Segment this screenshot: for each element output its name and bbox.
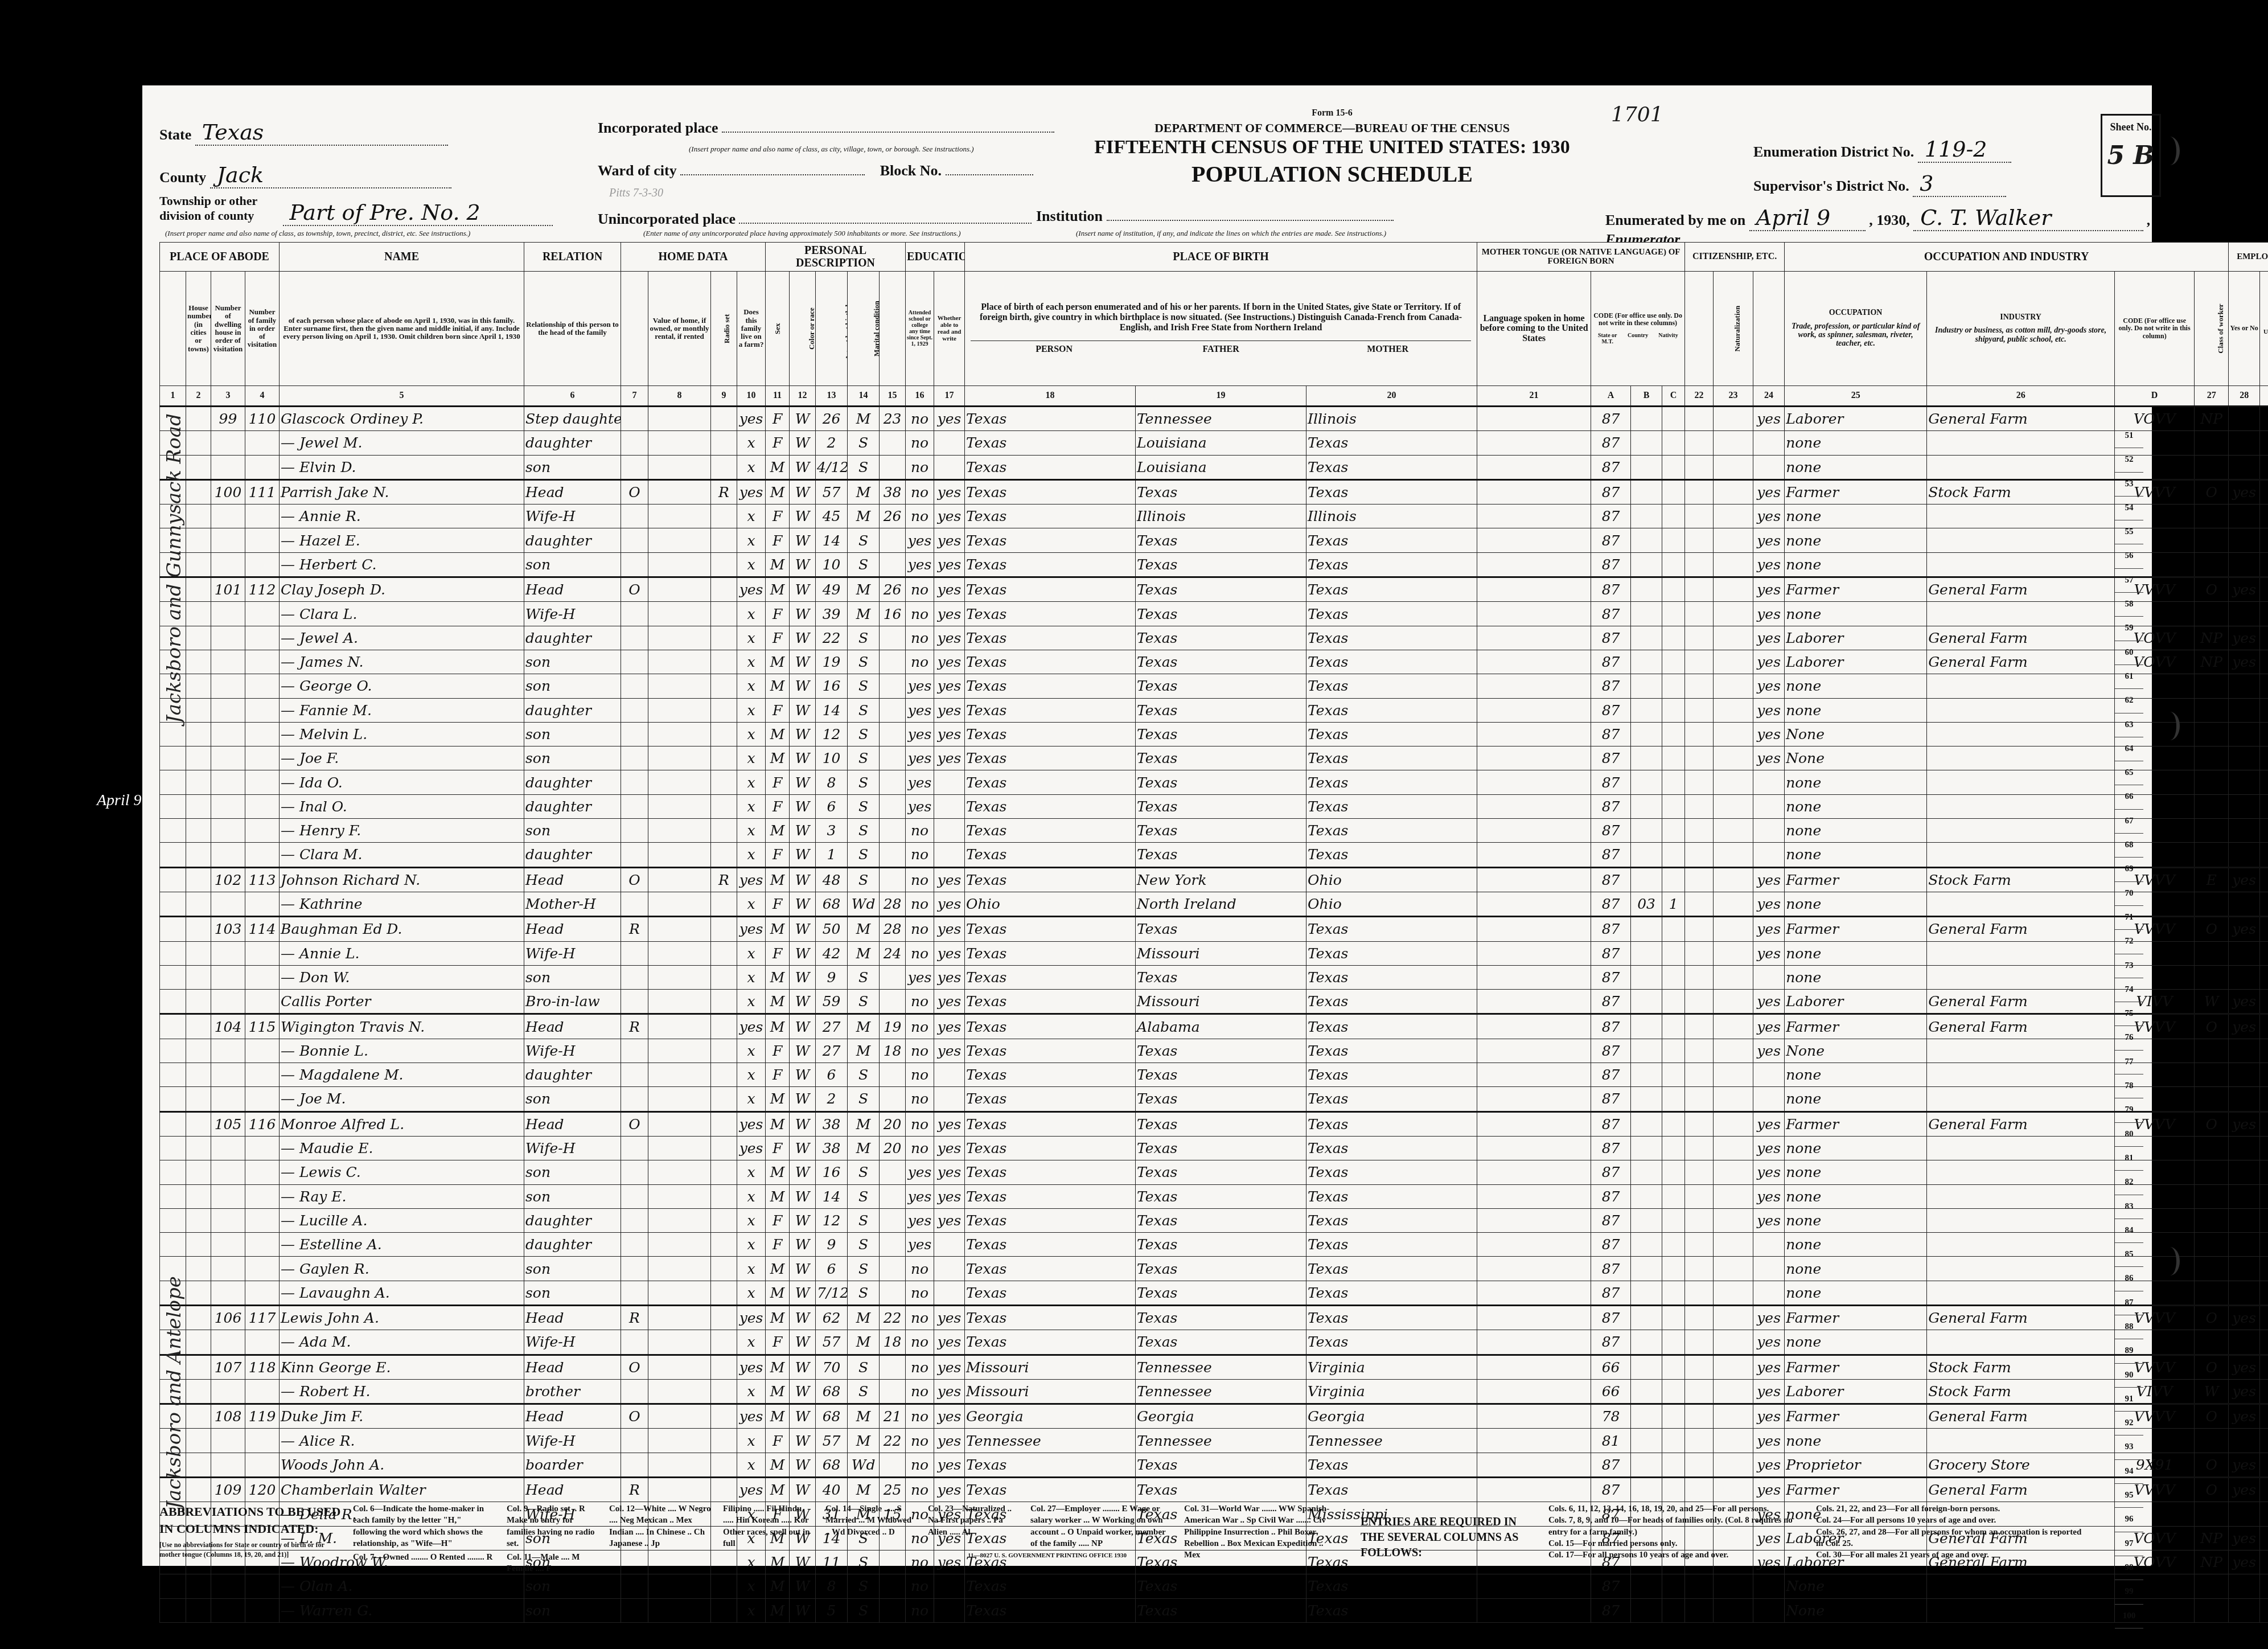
cell-sex: M	[766, 1184, 790, 1208]
cell-name: — Kathrine	[280, 892, 524, 916]
cell-radio	[711, 1136, 737, 1160]
cell-occupation: Laborer	[1785, 650, 1927, 674]
hdr-at-work: Yes or No	[2229, 272, 2260, 386]
cell-code-b	[1631, 479, 1662, 504]
cell-family	[245, 1281, 280, 1305]
cell-code-c: 1	[1662, 892, 1685, 916]
cell-race: W	[790, 1136, 816, 1160]
cell-school: no	[906, 867, 934, 892]
cell-name: — Joe M.	[280, 1087, 524, 1111]
cell-sex: M	[766, 1355, 790, 1379]
cell-code-c	[1662, 794, 1685, 818]
line-number: 84	[2115, 1219, 2143, 1243]
line-number: 61	[2115, 665, 2143, 689]
cell-english: yes	[1753, 1014, 1785, 1039]
cell-read: yes	[934, 1039, 965, 1063]
cell-cls	[2195, 843, 2229, 867]
cell-value	[648, 917, 711, 941]
line-number: 57	[2115, 569, 2143, 593]
cell-marital: M	[848, 1330, 880, 1355]
column-number: 18	[965, 386, 1136, 407]
cell-occupation: none	[1785, 1208, 1927, 1232]
ed-value: 119-2	[1918, 137, 2011, 163]
cell-natur	[1714, 626, 1753, 650]
cell-father: Alabama	[1136, 1014, 1306, 1039]
cell-agem: 22	[880, 1429, 906, 1453]
cell-natur	[1714, 1598, 1753, 1622]
cell-natur	[1714, 746, 1753, 770]
cell-code-c	[1662, 1355, 1685, 1379]
cell-name: Callis Porter	[280, 990, 524, 1014]
cell-dwelling	[211, 990, 245, 1014]
cell-owned: R	[621, 917, 648, 941]
cell-value	[648, 1039, 711, 1063]
cell-english: yes	[1753, 1429, 1785, 1453]
unincorporated-field: Unincorporated place	[598, 211, 1032, 228]
cell-unemp	[2260, 1087, 2268, 1111]
cell-dwelling: 106	[211, 1305, 245, 1330]
line-number: 89	[2115, 1339, 2143, 1363]
ed-field: Enumeration District No. 119-2	[1753, 137, 2011, 163]
cell-cls	[2195, 431, 2229, 455]
cell-age: 9	[816, 1233, 848, 1257]
cell-code-c	[1662, 1257, 1685, 1281]
cell-name: — Clara M.	[280, 843, 524, 867]
cell-father: Texas	[1136, 1087, 1306, 1111]
cell-english: yes	[1753, 1330, 1785, 1355]
cell-occupation: none	[1785, 1063, 1927, 1087]
hdr-dwelling: Number of dwelling house in order of vis…	[211, 272, 245, 386]
cell-radio	[711, 1478, 737, 1502]
cell-cls: O	[2195, 1305, 2229, 1330]
cell-immig	[1685, 455, 1714, 479]
cell-code-a: 87	[1591, 892, 1631, 916]
cell-atwork	[2229, 1574, 2260, 1598]
group-place-of-birth: PLACE OF BIRTH	[965, 243, 1477, 272]
column-number: 5	[280, 386, 524, 407]
cell-mother: Texas	[1306, 941, 1477, 965]
cell-read: yes	[934, 504, 965, 528]
hdr-person: PERSON	[971, 344, 1137, 355]
table-row: — Olan A.sonxMW8SnoTexasTexasTexas87None	[160, 1574, 2268, 1598]
schedule-title: POPULATION SCHEDULE	[1076, 161, 1588, 187]
cell-occupation: Laborer	[1785, 407, 1927, 431]
cell-family	[245, 722, 280, 746]
cell-language	[1477, 602, 1591, 626]
cell-code-b	[1631, 1281, 1662, 1305]
cell-race: W	[790, 1160, 816, 1184]
cell-family	[245, 941, 280, 965]
cell-immig	[1685, 746, 1714, 770]
cell-code-a: 87	[1591, 1233, 1631, 1257]
cell-marital: S	[848, 843, 880, 867]
cell-immig	[1685, 1355, 1714, 1379]
cell-read: yes	[934, 1136, 965, 1160]
line-numbers: 5152535455565758596061626364656667686970…	[2115, 424, 2143, 1629]
cell-school: no	[906, 1111, 934, 1136]
stamp-number: 1701	[1611, 102, 1663, 126]
cell-age: 2	[816, 1087, 848, 1111]
cell-code-c	[1662, 1039, 1685, 1063]
cell-age: 6	[816, 794, 848, 818]
incorporated-note: (Insert proper name and also name of cla…	[689, 145, 974, 154]
cell-dwelling: 100	[211, 479, 245, 504]
cell-age: 8	[816, 770, 848, 794]
cell-sex: F	[766, 892, 790, 916]
cell-age: 68	[816, 1404, 848, 1429]
cell-name: — Lavaughn A.	[280, 1281, 524, 1305]
cell-unemp	[2260, 626, 2268, 650]
cell-atwork	[2229, 528, 2260, 552]
cell-family	[245, 552, 280, 577]
cell-code-a: 87	[1591, 1160, 1631, 1184]
cell-read: yes	[934, 602, 965, 626]
cell-unemp	[2260, 1330, 2268, 1355]
cell-farm: x	[737, 1208, 766, 1232]
cell-immig	[1685, 626, 1714, 650]
cell-code-c	[1662, 1453, 1685, 1477]
cell-name: — Henry F.	[280, 819, 524, 843]
cell-sex: F	[766, 602, 790, 626]
cell-atwork	[2229, 602, 2260, 626]
cell-cls	[2195, 1502, 2229, 1526]
cell-owned	[621, 455, 648, 479]
cell-code-c	[1662, 504, 1685, 528]
cell-code-b	[1631, 1184, 1662, 1208]
cell-father: Texas	[1136, 650, 1306, 674]
cell-school: no	[906, 819, 934, 843]
cell-unemp	[2260, 1574, 2268, 1598]
cell-industry	[1927, 431, 2115, 455]
cell-value	[648, 1160, 711, 1184]
cell-value	[648, 1478, 711, 1502]
cell-owned	[621, 722, 648, 746]
cell-unemp	[2260, 1233, 2268, 1257]
cell-read	[934, 1257, 965, 1281]
cell-name: Baughman Ed D.	[280, 917, 524, 941]
cell-sex: M	[766, 917, 790, 941]
cell-unemp	[2260, 1550, 2268, 1574]
cell-family	[245, 1330, 280, 1355]
cell-code-b	[1631, 1233, 1662, 1257]
cell-school: no	[906, 1014, 934, 1039]
cell-code-c	[1662, 1429, 1685, 1453]
cell-family	[245, 1257, 280, 1281]
cell-industry: General Farm	[1927, 990, 2115, 1014]
cell-family	[245, 504, 280, 528]
cell-cls	[2195, 1281, 2229, 1305]
cell-atwork: yes	[2229, 1526, 2260, 1550]
cell-atwork	[2229, 746, 2260, 770]
cell-age: 10	[816, 746, 848, 770]
cell-atwork	[2229, 552, 2260, 577]
cell-farm: x	[737, 1039, 766, 1063]
cell-sex: M	[766, 1111, 790, 1136]
cell-farm: x	[737, 504, 766, 528]
cell-farm: x	[737, 455, 766, 479]
cell-race: W	[790, 1257, 816, 1281]
cell-immig	[1685, 431, 1714, 455]
cell-mother: Illinois	[1306, 407, 1477, 431]
line-number: 81	[2115, 1147, 2143, 1171]
cell-farm: yes	[737, 1305, 766, 1330]
cell-immig	[1685, 1453, 1714, 1477]
cell-code-a: 81	[1591, 1429, 1631, 1453]
cell-occupation: Farmer	[1785, 479, 1927, 504]
cell-sex: M	[766, 577, 790, 602]
cell-mother: Ohio	[1306, 867, 1477, 892]
cell-code-b	[1631, 965, 1662, 989]
cell-language	[1477, 1355, 1591, 1379]
cell-atwork: yes	[2229, 650, 2260, 674]
cell-marital: S	[848, 990, 880, 1014]
cell-name: — Gaylen R.	[280, 1257, 524, 1281]
cell-unemp	[2260, 1039, 2268, 1063]
cell-farm: x	[737, 674, 766, 698]
table-row: Callis PorterBro-in-lawxMW59SnoyesTexasM…	[160, 990, 2268, 1014]
cell-immig	[1685, 1184, 1714, 1208]
cell-natur	[1714, 917, 1753, 941]
cell-language	[1477, 407, 1591, 431]
cell-age: 12	[816, 1208, 848, 1232]
enumerated-date: April 9	[1749, 205, 1866, 231]
cell-natur	[1714, 455, 1753, 479]
cell-race: W	[790, 1574, 816, 1598]
cell-pob: Texas	[965, 990, 1136, 1014]
cell-industry: General Farm	[1927, 407, 2115, 431]
cell-dwelling	[211, 746, 245, 770]
cell-code-b	[1631, 552, 1662, 577]
cell-father: Texas	[1136, 698, 1306, 722]
cell-sex: F	[766, 528, 790, 552]
cell-race: W	[790, 455, 816, 479]
cell-occupation: none	[1785, 892, 1927, 916]
cell-race: W	[790, 698, 816, 722]
cell-relation: son	[524, 1574, 621, 1598]
cell-pob: Ohio	[965, 892, 1136, 916]
cell-father: Louisiana	[1136, 431, 1306, 455]
cell-radio	[711, 819, 737, 843]
unincorporated-value	[739, 223, 1032, 224]
cell-relation: Head	[524, 1355, 621, 1379]
pencil-note: Pitts 7-3-30	[609, 187, 663, 200]
line-number: 66	[2115, 785, 2143, 809]
cell-dwelling: 101	[211, 577, 245, 602]
hdr-family: Number of family in order of visitation	[245, 272, 280, 386]
cell-pob: Texas	[965, 843, 1136, 867]
cell-dwelling	[211, 1330, 245, 1355]
cell-atwork	[2229, 1233, 2260, 1257]
cell-relation: Mother-H	[524, 892, 621, 916]
cell-value	[648, 504, 711, 528]
table-row: 104115Wigington Travis N.HeadRyesMW27M19…	[160, 1014, 2268, 1039]
cell-code-b	[1631, 1598, 1662, 1622]
cell-father: Tennessee	[1136, 1379, 1306, 1404]
column-number: 29	[2260, 386, 2268, 407]
cell-relation: Wife-H	[524, 1429, 621, 1453]
cell-owned	[621, 431, 648, 455]
cell-owned	[621, 770, 648, 794]
cell-age: 4/12	[816, 455, 848, 479]
cell-occupation: none	[1785, 1136, 1927, 1160]
column-number: 7	[621, 386, 648, 407]
cell-unemp	[2260, 407, 2268, 431]
cell-relation: daughter	[524, 1063, 621, 1087]
cell-marital: M	[848, 479, 880, 504]
cell-code-c	[1662, 1281, 1685, 1305]
cell-agem	[880, 431, 906, 455]
cell-atwork	[2229, 843, 2260, 867]
cell-race: W	[790, 1355, 816, 1379]
cell-age: 19	[816, 650, 848, 674]
cell-value	[648, 1429, 711, 1453]
cell-father: Texas	[1136, 577, 1306, 602]
cell-farm: x	[737, 1281, 766, 1305]
cell-agem	[880, 1257, 906, 1281]
cell-name: — Alice R.	[280, 1429, 524, 1453]
cell-age: 6	[816, 1257, 848, 1281]
cell-father: Texas	[1136, 1160, 1306, 1184]
enumerated-label: Enumerated by me on	[1605, 212, 1745, 228]
cell-read: yes	[934, 1184, 965, 1208]
cell-owned: O	[621, 577, 648, 602]
cell-relation: son	[524, 1257, 621, 1281]
cell-industry: Grocery Store	[1927, 1453, 2115, 1477]
cell-value	[648, 577, 711, 602]
cell-code-a: 87	[1591, 819, 1631, 843]
cell-race: W	[790, 479, 816, 504]
cell-code-a: 87	[1591, 1087, 1631, 1111]
cell-occupation: none	[1785, 1281, 1927, 1305]
cell-dwelling	[211, 602, 245, 626]
table-row: — Warren G.sonxMW5SnoTexasTexasTexas87No…	[160, 1598, 2268, 1622]
cell-english: yes	[1753, 1453, 1785, 1477]
cell-father: Texas	[1136, 1257, 1306, 1281]
cell-code-a: 87	[1591, 722, 1631, 746]
cell-owned	[621, 650, 648, 674]
cell-name: — Estelline A.	[280, 1233, 524, 1257]
cell-radio	[711, 1257, 737, 1281]
cell-industry: General Farm	[1927, 650, 2115, 674]
binding-hole-2	[2160, 712, 2180, 740]
cell-unemp	[2260, 1502, 2268, 1526]
cell-cls	[2195, 1087, 2229, 1111]
cell-owned: R	[621, 1014, 648, 1039]
cell-read	[934, 431, 965, 455]
cell-race: W	[790, 674, 816, 698]
cell-farm: x	[737, 1233, 766, 1257]
cell-relation: daughter	[524, 794, 621, 818]
cell-age: 22	[816, 626, 848, 650]
supervisor-field: Supervisor's District No. 3	[1753, 171, 2006, 197]
cell-industry	[1927, 1039, 2115, 1063]
cell-agem	[880, 843, 906, 867]
cell-school: yes	[906, 528, 934, 552]
cell-radio	[711, 1087, 737, 1111]
cell-occupation: none	[1785, 843, 1927, 867]
cell-marital: S	[848, 746, 880, 770]
cell-school: no	[906, 407, 934, 431]
cell-family	[245, 1233, 280, 1257]
cell-race: W	[790, 990, 816, 1014]
cell-age: 50	[816, 917, 848, 941]
cell-cls: O	[2195, 1404, 2229, 1429]
column-number: 10	[737, 386, 766, 407]
cell-name: — Ada M.	[280, 1330, 524, 1355]
cell-radio	[711, 1208, 737, 1232]
cell-immig	[1685, 1305, 1714, 1330]
cell-name: — Herbert C.	[280, 552, 524, 577]
cell-sex: F	[766, 1063, 790, 1087]
table-row: — Herbert C.sonxMW10SyesyesTexasTexasTex…	[160, 552, 2268, 577]
cell-cls	[2195, 1574, 2229, 1598]
cell-cls: NP	[2195, 1550, 2229, 1574]
cell-language	[1477, 650, 1591, 674]
cell-code-c	[1662, 1160, 1685, 1184]
cell-mother: Texas	[1306, 698, 1477, 722]
cell-race: W	[790, 626, 816, 650]
cell-pob: Texas	[965, 794, 1136, 818]
cell-english: yes	[1753, 552, 1785, 577]
cell-marital: S	[848, 819, 880, 843]
table-row: — Joe F.sonxMW10SyesyesTexasTexasTexas87…	[160, 746, 2268, 770]
hdr-value: Value of home, if owned, or monthly rent…	[648, 272, 711, 386]
cell-code-c	[1662, 1063, 1685, 1087]
cell-natur	[1714, 1160, 1753, 1184]
cell-natur	[1714, 867, 1753, 892]
cell-unemp	[2260, 1208, 2268, 1232]
cell-race: W	[790, 1063, 816, 1087]
cell-mother: Texas	[1306, 1184, 1477, 1208]
cell-marital: S	[848, 1160, 880, 1184]
cell-unemp	[2260, 941, 2268, 965]
cell-value	[648, 407, 711, 431]
cell-unemp	[2260, 722, 2268, 746]
cell-race: W	[790, 1598, 816, 1622]
cell-school: no	[906, 1404, 934, 1429]
cell-farm: x	[737, 1330, 766, 1355]
cell-relation: daughter	[524, 770, 621, 794]
cell-industry	[1927, 892, 2115, 916]
hdr-age-marriage: Age at first marriage	[880, 272, 906, 386]
cell-cls: O	[2195, 1111, 2229, 1136]
cell-relation: Head	[524, 1305, 621, 1330]
cell-dwelling	[211, 794, 245, 818]
cell-relation: Wife-H	[524, 941, 621, 965]
cell-radio	[711, 1379, 737, 1404]
cell-marital: M	[848, 602, 880, 626]
cell-atwork	[2229, 1330, 2260, 1355]
cell-read: yes	[934, 698, 965, 722]
cell-industry	[1927, 455, 2115, 479]
cell-code-b	[1631, 602, 1662, 626]
column-number: A	[1591, 386, 1631, 407]
cell-name: Lewis John A.	[280, 1305, 524, 1330]
cell-agem	[880, 1184, 906, 1208]
cell-farm: x	[737, 650, 766, 674]
cell-language	[1477, 431, 1591, 455]
cell-read: yes	[934, 1160, 965, 1184]
cell-marital: S	[848, 1379, 880, 1404]
line-number: 70	[2115, 882, 2143, 906]
line-number: 63	[2115, 713, 2143, 737]
line-number: 53	[2115, 473, 2143, 497]
cell-marital: S	[848, 1208, 880, 1232]
cell-code-b	[1631, 1429, 1662, 1453]
cell-farm: x	[737, 1257, 766, 1281]
cell-age: 10	[816, 552, 848, 577]
cell-natur	[1714, 722, 1753, 746]
